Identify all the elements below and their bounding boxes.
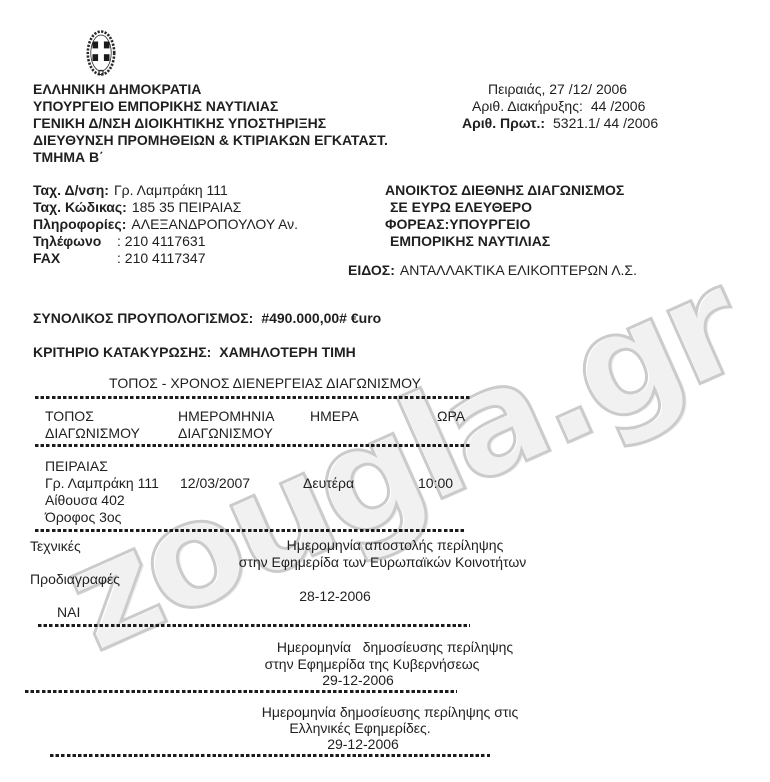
tender-type-line: ΕΜΠΟΡΙΚΗΣ ΝΑΥΤΙΛΙΑΣ (385, 233, 624, 250)
table-header-day: ΗΜΕΡΑ (310, 408, 359, 425)
greek-press-line2: Ελληνικές Εφημερίδες. (210, 720, 510, 737)
criterion-label: ΚΡΙΤΗΡΙΟ ΚΑΤΑΚΥΡΩΣΗΣ: (33, 344, 211, 360)
tender-type-line: ΣΕ ΕΥΡΩ ΕΛΕΥΘΕΡΟ (385, 199, 624, 216)
kind-line: ΕΙΔΟΣ:ΑΝΤΑΛΛΑΚΤΙΚΑ ΕΛΙΚΟΠΤΕΡΩΝ Λ.Σ. (348, 262, 637, 279)
protocol-number: 5321.1/ 44 /2006 (553, 115, 658, 131)
contact-label: Ταχ. Δ/νση: (33, 182, 109, 198)
table-cell-date: 12/03/2007 (180, 475, 250, 492)
divider-line (35, 529, 465, 532)
technical-label-line1: Τεχνικές (30, 538, 81, 555)
greek-press-line1: Ημερομηνία δημοσίευσης περίληψης στις (240, 704, 540, 721)
contact-value: ΑΛΕΞΑΝΔΡΟΠΟΥΛΟΥ Αν. (131, 216, 298, 232)
agency-line: ΕΛΛΗΝΙΚΗ ΔΗΜΟΚΡΑΤΙΑ (33, 81, 388, 98)
greek-press-date: 29-12-2006 (263, 736, 463, 753)
contact-label: Τηλέφωνο (33, 233, 117, 250)
contact-value: Γρ. Λαμπράκη 111 (114, 182, 228, 198)
greek-emblem-icon (85, 28, 117, 78)
contact-label: FAX (33, 250, 117, 267)
header-line: ΔΙΑΓΩΝΙΣΜΟΥ (178, 425, 274, 442)
gov-gazette-date: 29-12-2006 (258, 672, 458, 689)
table-cell-time: 10:00 (418, 475, 453, 492)
decree-number: 44 /2006 (591, 98, 646, 114)
contact-row: Ταχ. Κώδικας:185 35 ΠΕΙΡΑΙΑΣ (33, 199, 298, 216)
divider-line (25, 690, 457, 693)
gov-gazette-line1: Ημερομηνία δημοσίευσης περίληψης (245, 639, 545, 656)
eu-journal-date: 28-12-2006 (235, 588, 435, 605)
technical-value: ΝΑΙ (57, 604, 80, 621)
divider-line (35, 444, 472, 447)
eu-journal-line2: στην Εφημερίδα των Ευρωπαϊκών Κοινοτήτων (215, 554, 550, 571)
place-line: Όροφος 3ος (45, 509, 159, 526)
contact-label: Ταχ. Κώδικας: (33, 199, 127, 215)
document-page: zougla.gr ΕΛΛΗΝΙΚΗ ΔΗΜΟΚΡΑΤΙΑ ΥΠΟΥΡΓΕΙΟ … (0, 0, 770, 782)
agency-line: ΤΜΗΜΑ Β΄ (33, 149, 388, 166)
decree-number-line: Αριθ. Διακήρυξης:44 /2006 (472, 98, 645, 115)
criterion-value: ΧΑΜΗΛΟΤΕΡΗ ΤΙΜΗ (219, 344, 356, 360)
divider-line (35, 396, 472, 399)
kind-label: ΕΙΔΟΣ: (348, 262, 395, 278)
contact-row: FAX: 210 4117347 (33, 250, 298, 267)
kind-value: ΑΝΤΑΛΛΑΚΤΙΚΑ ΕΛΙΚΟΠΤΕΡΩΝ Λ.Σ. (400, 262, 637, 278)
agency-block: ΕΛΛΗΝΙΚΗ ΔΗΜΟΚΡΑΤΙΑ ΥΠΟΥΡΓΕΙΟ ΕΜΠΟΡΙΚΗΣ … (33, 81, 388, 166)
budget-line: ΣΥΝΟΛΙΚΟΣ ΠΡΟΥΠΟΛΟΓΙΣΜΟΣ:#490.000,00# €u… (33, 310, 381, 327)
table-header-place: ΤΟΠΟΣ ΔΙΑΓΩΝΙΣΜΟΥ (45, 408, 140, 442)
table-title: ΤΟΠΟΣ - ΧΡΟΝΟΣ ΔΙΕΝΕΡΓΕΙΑΣ ΔΙΑΓΩΝΙΣΜΟΥ (104, 375, 426, 392)
decree-label: Αριθ. Διακήρυξης: (472, 98, 583, 114)
header-line: ΗΜΕΡΟΜΗΝΙΑ (178, 408, 274, 425)
contact-row: Ταχ. Δ/νση:Γρ. Λαμπράκη 111 (33, 182, 298, 199)
criterion-line: ΚΡΙΤΗΡΙΟ ΚΑΤΑΚΥΡΩΣΗΣ:ΧΑΜΗΛΟΤΕΡΗ ΤΙΜΗ (33, 344, 356, 361)
table-header-time: ΩΡΑ (437, 408, 465, 425)
agency-line: ΓΕΝΙΚΗ Δ/ΝΣΗ ΔΙΟΙΚΗΤΙΚΗΣ ΥΠΟΣΤΗΡΙΞΗΣ (33, 115, 388, 132)
table-cell-day: Δευτέρα (303, 475, 354, 492)
table-cell-place: ΠΕΙΡΑΙΑΣ Γρ. Λαμπράκη 111 Αίθουσα 402 Όρ… (45, 458, 159, 526)
contact-label: Πληροφορίες: (33, 216, 126, 232)
agency-line: ΔΙΕΥΘΥΝΣΗ ΠΡΟΜΗΘΕΙΩΝ & ΚΤΙΡΙΑΚΩΝ ΕΓΚΑΤΑΣ… (33, 132, 388, 149)
contact-value: : 210 4117347 (117, 250, 206, 266)
place-date: Πειραιάς, 27 /12/ 2006 (488, 81, 627, 98)
contact-value: 185 35 ΠΕΙΡΑΙΑΣ (132, 199, 242, 215)
header-line: ΤΟΠΟΣ (45, 408, 140, 425)
agency-line: ΥΠΟΥΡΓΕΙΟ ΕΜΠΟΡΙΚΗΣ ΝΑΥΤΙΛΙΑΣ (33, 98, 388, 115)
header-line: ΔΙΑΓΩΝΙΣΜΟΥ (45, 425, 140, 442)
budget-label: ΣΥΝΟΛΙΚΟΣ ΠΡΟΥΠΟΛΟΓΙΣΜΟΣ: (33, 310, 253, 326)
divider-line (38, 624, 470, 627)
protocol-label: Αριθ. Πρωτ.: (462, 115, 545, 131)
contact-value: : 210 4117631 (117, 233, 206, 249)
divider-line (50, 754, 490, 757)
place-line: Γρ. Λαμπράκη 111 (45, 475, 159, 492)
tender-type-line: ΦΟΡΕΑΣ:ΥΠΟΥΡΓΕΙΟ (385, 216, 624, 233)
table-header-date: ΗΜΕΡΟΜΗΝΙΑ ΔΙΑΓΩΝΙΣΜΟΥ (178, 408, 274, 442)
eu-journal-line1: Ημερομηνία αποστολής περίληψης (245, 537, 545, 554)
gov-gazette-line2: στην Εφημερίδα της Κυβερνήσεως (222, 656, 522, 673)
place-line: Αίθουσα 402 (45, 492, 159, 509)
technical-label-line2: Προδιαγραφές (30, 571, 120, 588)
place-line: ΠΕΙΡΑΙΑΣ (45, 458, 159, 475)
tender-type-line: ΑΝΟΙΚΤΟΣ ΔΙΕΘΝΗΣ ΔΙΑΓΩΝΙΣΜΟΣ (385, 182, 624, 199)
contact-row: Πληροφορίες:ΑΛΕΞΑΝΔΡΟΠΟΥΛΟΥ Αν. (33, 216, 298, 233)
budget-value: #490.000,00# €uro (261, 310, 381, 326)
protocol-number-line: Αριθ. Πρωτ.:5321.1/ 44 /2006 (462, 115, 658, 132)
contact-row: Τηλέφωνο: 210 4117631 (33, 233, 298, 250)
contact-block: Ταχ. Δ/νση:Γρ. Λαμπράκη 111 Ταχ. Κώδικας… (33, 182, 298, 267)
tender-type-block: ΑΝΟΙΚΤΟΣ ΔΙΕΘΝΗΣ ΔΙΑΓΩΝΙΣΜΟΣ ΣΕ ΕΥΡΩ ΕΛΕ… (385, 182, 624, 250)
